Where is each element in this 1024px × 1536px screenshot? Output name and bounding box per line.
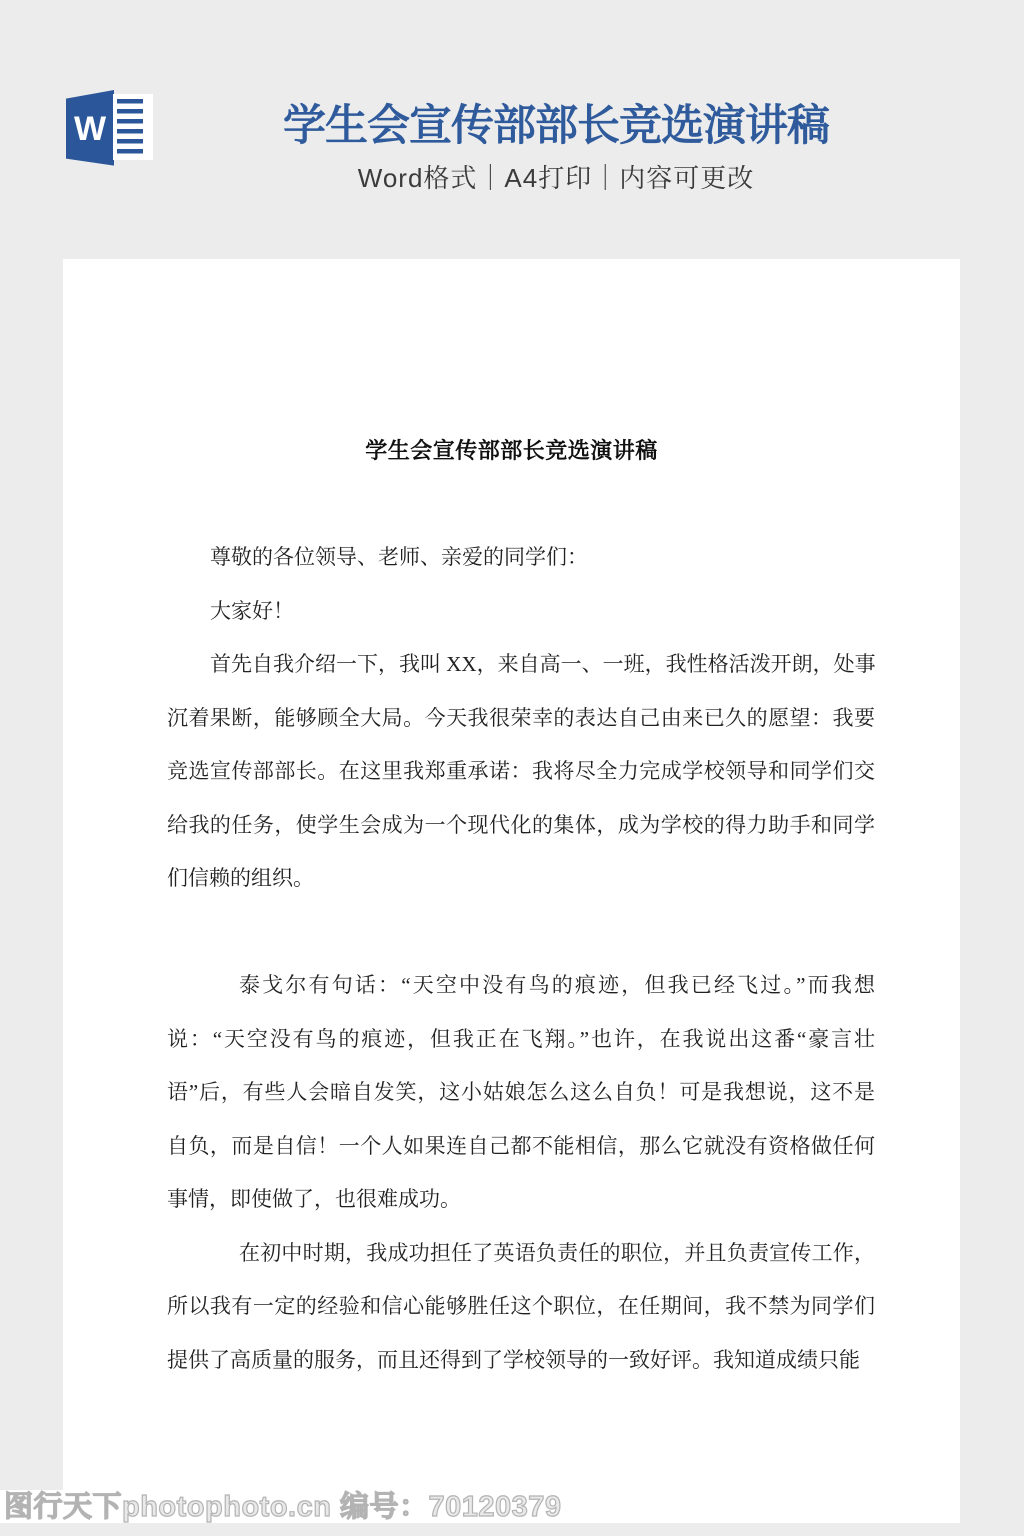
document-body: 尊敬的各位领导、老师、亲爱的同学们：大家好！首先自我介绍一下，我叫 XX，来自高… xyxy=(167,531,875,1387)
paragraph: 泰戈尔有句话：“天空中没有鸟的痕迹，但我已经飞过。”而我想说：“天空没有鸟的痕迹… xyxy=(167,959,875,1227)
paragraph: 尊敬的各位领导、老师、亲爱的同学们： xyxy=(167,531,875,585)
watermark-bar: 图行天下photophoto.cn 编号：70120379 xyxy=(0,1490,960,1523)
text-line: 沉着果断，能够顾全大局。今天我很荣幸的表达自己由来已久的愿望：我要 xyxy=(167,692,875,746)
text-line: 提供了高质量的服务，而且还得到了学校领导的一致好评。我知道成绩只能 xyxy=(167,1334,875,1388)
paragraph: 首先自我介绍一下，我叫 XX，来自高一、一班，我性格活泼开朗，处事沉着果断，能够… xyxy=(167,638,875,906)
paragraph-spacer xyxy=(167,906,875,960)
text-line: 自负，而是自信！一个人如果连自己都不能相信，那么它就没有资格做任何 xyxy=(167,1120,875,1174)
header: W 学生会宣传部部长竞选演讲稿 Word格式｜A4打印｜内容可更改 xyxy=(0,0,1024,259)
paragraph: 大家好！ xyxy=(167,585,875,639)
text-line: 们信赖的组织。 xyxy=(167,852,875,906)
text-line: 在初中时期，我成功担任了英语负责任的职位，并且负责宣传工作， xyxy=(167,1227,875,1281)
text-line: 竞选宣传部部长。在这里我郑重承诺：我将尽全力完成学校领导和同学们交 xyxy=(167,745,875,799)
paragraph: 在初中时期，我成功担任了英语负责任的职位，并且负责宣传工作，所以我有一定的经验和… xyxy=(167,1227,875,1388)
blank-line xyxy=(167,906,875,960)
text-line: 大家好！ xyxy=(167,585,875,639)
text-line: 给我的任务，使学生会成为一个现代化的集体，成为学校的得力助手和同学 xyxy=(167,799,875,853)
document-title: 学生会宣传部部长竞选演讲稿 xyxy=(63,434,960,465)
header-title: 学生会宣传部部长竞选演讲稿 xyxy=(88,92,1024,153)
header-subtitle: Word格式｜A4打印｜内容可更改 xyxy=(88,158,1024,195)
text-line: 事情，即使做了，也很难成功。 xyxy=(167,1173,875,1227)
watermark-text: 图行天下photophoto.cn 编号：70120379 xyxy=(4,1488,562,1526)
text-line: 首先自我介绍一下，我叫 XX，来自高一、一班，我性格活泼开朗，处事 xyxy=(167,638,875,692)
text-line: 语”后，有些人会暗自发笑，这小姑娘怎么这么自负！可是我想说，这不是 xyxy=(167,1066,875,1120)
document-page: 学生会宣传部部长竞选演讲稿 尊敬的各位领导、老师、亲爱的同学们：大家好！首先自我… xyxy=(63,259,960,1522)
text-line: 泰戈尔有句话：“天空中没有鸟的痕迹，但我已经飞过。”而我想 xyxy=(167,959,875,1013)
template-preview: { "colors": { "page_background": "#ecece… xyxy=(0,0,1024,1536)
text-line: 说：“天空没有鸟的痕迹，但我正在飞翔。”也许，在我说出这番“豪言壮 xyxy=(167,1013,875,1067)
text-line: 所以我有一定的经验和信心能够胜任这个职位，在任期间，我不禁为同学们 xyxy=(167,1280,875,1334)
text-line: 尊敬的各位领导、老师、亲爱的同学们： xyxy=(167,531,875,585)
